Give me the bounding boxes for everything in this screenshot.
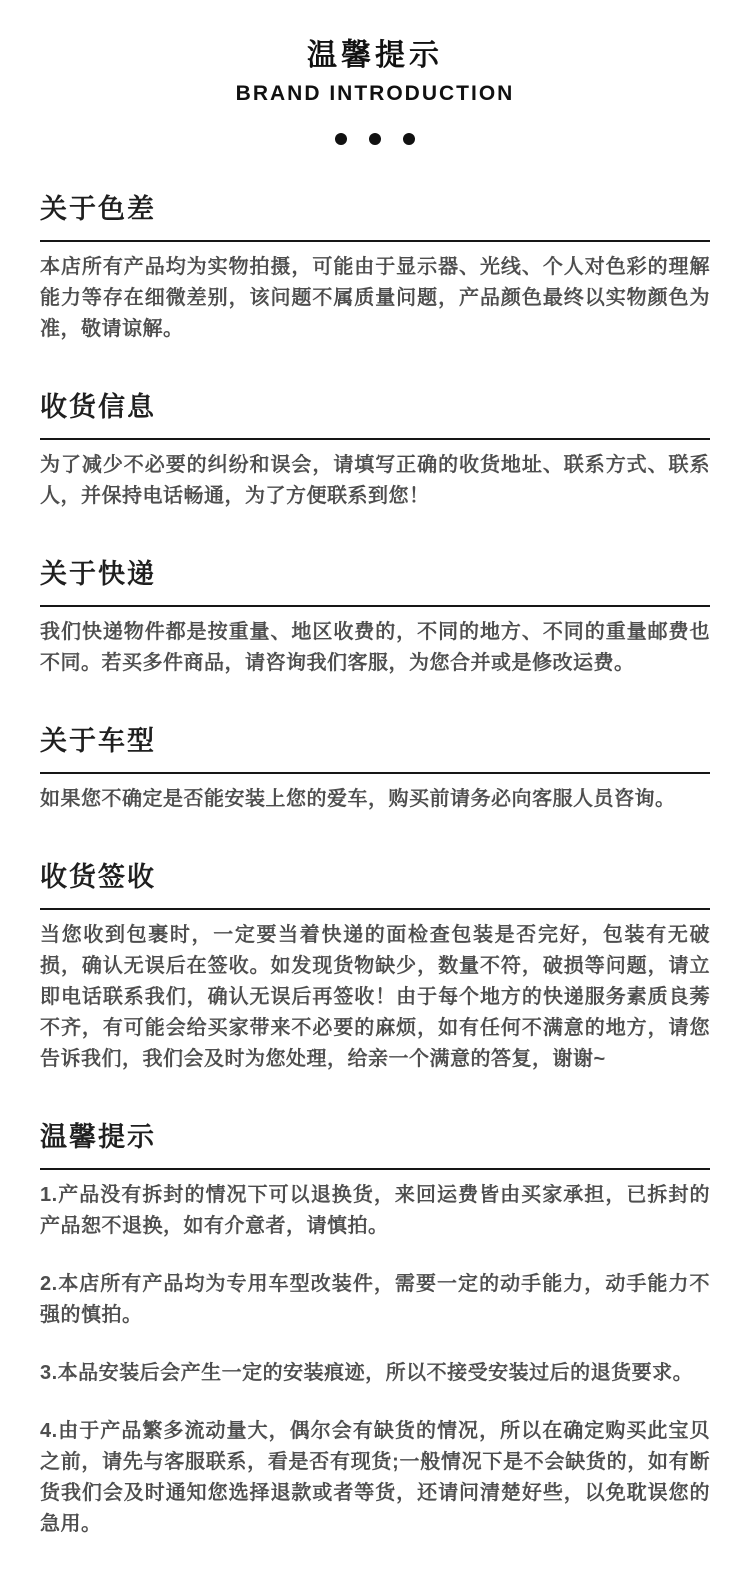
section-receiving-info: 收货信息 为了减少不必要的纠纷和误会，请填写正确的收货地址、联系方式、联系人，并… (40, 385, 710, 512)
section-heading: 关于快递 (40, 552, 710, 591)
section-divider (40, 1168, 710, 1170)
tip-item: 4.由于产品繁多流动量大，偶尔会有缺货的情况，所以在确定购买此宝贝之前，请先与客… (40, 1416, 710, 1540)
section-heading: 关于车型 (40, 719, 710, 758)
section-warm-tips: 温馨提示 1.产品没有拆封的情况下可以退换货，来回运费皆由买家承担，已拆封的产品… (40, 1115, 710, 1540)
section-divider (40, 605, 710, 607)
section-heading: 收货签收 (40, 855, 710, 894)
section-body-text: 我们快递物件都是按重量、地区收费的，不同的地方、不同的重量邮费也不同。若买多件商… (40, 617, 710, 679)
section-heading: 关于色差 (40, 187, 710, 226)
section-body-text: 为了减少不必要的纠纷和误会，请填写正确的收货地址、联系方式、联系人，并保持电话畅… (40, 450, 710, 512)
tip-item: 1.产品没有拆封的情况下可以退换货，来回运费皆由买家承担，已拆封的产品恕不退换，… (40, 1180, 710, 1242)
section-sign-receipt: 收货签收 当您收到包裹时，一定要当着快递的面检查包装是否完好，包装有无破损，确认… (40, 855, 710, 1075)
section-body-text: 当您收到包裹时，一定要当着快递的面检查包装是否完好，包装有无破损，确认无误后在签… (40, 920, 710, 1075)
section-vehicle-model: 关于车型 如果您不确定是否能安装上您的爱车，购买前请务必向客服人员咨询。 (40, 719, 710, 815)
tips-list: 1.产品没有拆封的情况下可以退换货，来回运费皆由买家承担，已拆封的产品恕不退换，… (40, 1180, 710, 1540)
dot-icon (403, 133, 415, 145)
section-divider (40, 772, 710, 774)
page-subtitle: BRAND INTRODUCTION (40, 82, 710, 106)
section-body-text: 如果您不确定是否能安装上您的爱车，购买前请务必向客服人员咨询。 (40, 784, 710, 815)
section-divider (40, 908, 710, 910)
notice-page: 温馨提示 BRAND INTRODUCTION 关于色差 本店所有产品均为实物拍… (0, 0, 750, 1580)
section-heading: 收货信息 (40, 385, 710, 424)
dot-icon (335, 133, 347, 145)
section-heading: 温馨提示 (40, 1115, 710, 1154)
tip-item: 3.本品安装后会产生一定的安装痕迹，所以不接受安装过后的退货要求。 (40, 1358, 710, 1389)
page-header: 温馨提示 BRAND INTRODUCTION (40, 30, 710, 147)
section-color-difference: 关于色差 本店所有产品均为实物拍摄，可能由于显示器、光线、个人对色彩的理解能力等… (40, 187, 710, 345)
section-body-text: 本店所有产品均为实物拍摄，可能由于显示器、光线、个人对色彩的理解能力等存在细微差… (40, 252, 710, 345)
dots-decoration (40, 133, 710, 147)
section-divider (40, 240, 710, 242)
tip-item: 2.本店所有产品均为专用车型改装件，需要一定的动手能力，动手能力不强的慎拍。 (40, 1269, 710, 1331)
page-title: 温馨提示 (40, 30, 710, 74)
dot-icon (369, 133, 381, 145)
section-express-delivery: 关于快递 我们快递物件都是按重量、地区收费的，不同的地方、不同的重量邮费也不同。… (40, 552, 710, 679)
section-divider (40, 438, 710, 440)
